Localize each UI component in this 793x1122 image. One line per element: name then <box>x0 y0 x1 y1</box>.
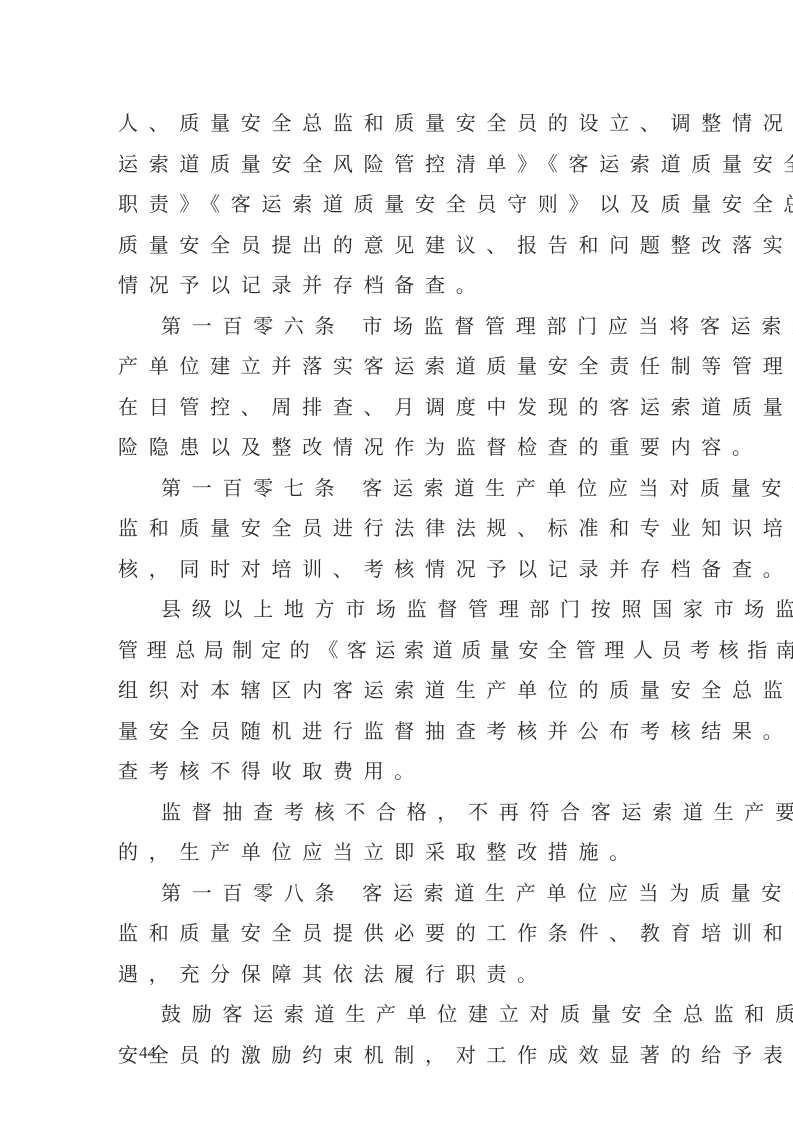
text-line: 监和质量安全员进行法律法规、标准和专业知识培训、考 <box>118 508 793 548</box>
text-line: 的，生产单位应当立即采取整改措施。 <box>118 832 640 872</box>
article-106-heading-line: 第一百零六条 市场监督管理部门应当将客运索道生 <box>161 306 793 346</box>
text-line: 在日管控、周排查、月调度中发现的客运索道质量安全风 <box>118 387 793 427</box>
text-line: 质量安全员提出的意见建议、报告和问题整改落实等履职 <box>118 225 793 265</box>
text-line: 管理总局制定的《客运索道质量安全管理人员考核指南》， <box>118 630 793 670</box>
text-line: 遇，充分保障其依法履行职责。 <box>118 954 548 994</box>
text-line: 安全员的激励约束机制，对工作成效显著的给予表彰和奖 <box>118 1035 793 1075</box>
text-line: 产单位建立并落实客运索道质量安全责任制等管理制度、 <box>118 346 793 386</box>
text-line: 险隐患以及整改情况作为监督检查的重要内容。 <box>118 427 763 467</box>
text-line: 职责》《客运索道质量安全员守则》以及质量安全总监、 <box>118 184 793 224</box>
article-108-heading-line: 第一百零八条 客运索道生产单位应当为质量安全总 <box>161 873 793 913</box>
article-107-heading-line: 第一百零七条 客运索道生产单位应当对质量安全总 <box>161 468 793 508</box>
paragraph-start-line: 鼓励客运索道生产单位建立对质量安全总监和质量 <box>161 994 793 1034</box>
text-line: 量安全员随机进行监督抽查考核并公布考核结果。监督抽 <box>118 711 793 751</box>
text-line: 查考核不得收取费用。 <box>118 751 425 791</box>
text-line: 监和质量安全员提供必要的工作条件、教育培训和岗位待 <box>118 913 793 953</box>
paragraph-start-line: 县级以上地方市场监督管理部门按照国家市场监督 <box>161 589 793 629</box>
text-line: 情况予以记录并存档备查。 <box>118 265 486 305</box>
page-number: 44 <box>139 1043 156 1063</box>
text-line: 组织对本辖区内客运索道生产单位的质量安全总监和质 <box>118 670 793 710</box>
text-line: 人、质量安全总监和质量安全员的设立、调整情况、《客 <box>118 103 793 143</box>
paragraph-start-line: 监督抽查考核不合格，不再符合客运索道生产要求 <box>161 792 793 832</box>
text-line: 核，同时对培训、考核情况予以记录并存档备查。 <box>118 549 793 589</box>
text-line: 运索道质量安全风险管控清单》《客运索道质量安全总监 <box>118 144 793 184</box>
